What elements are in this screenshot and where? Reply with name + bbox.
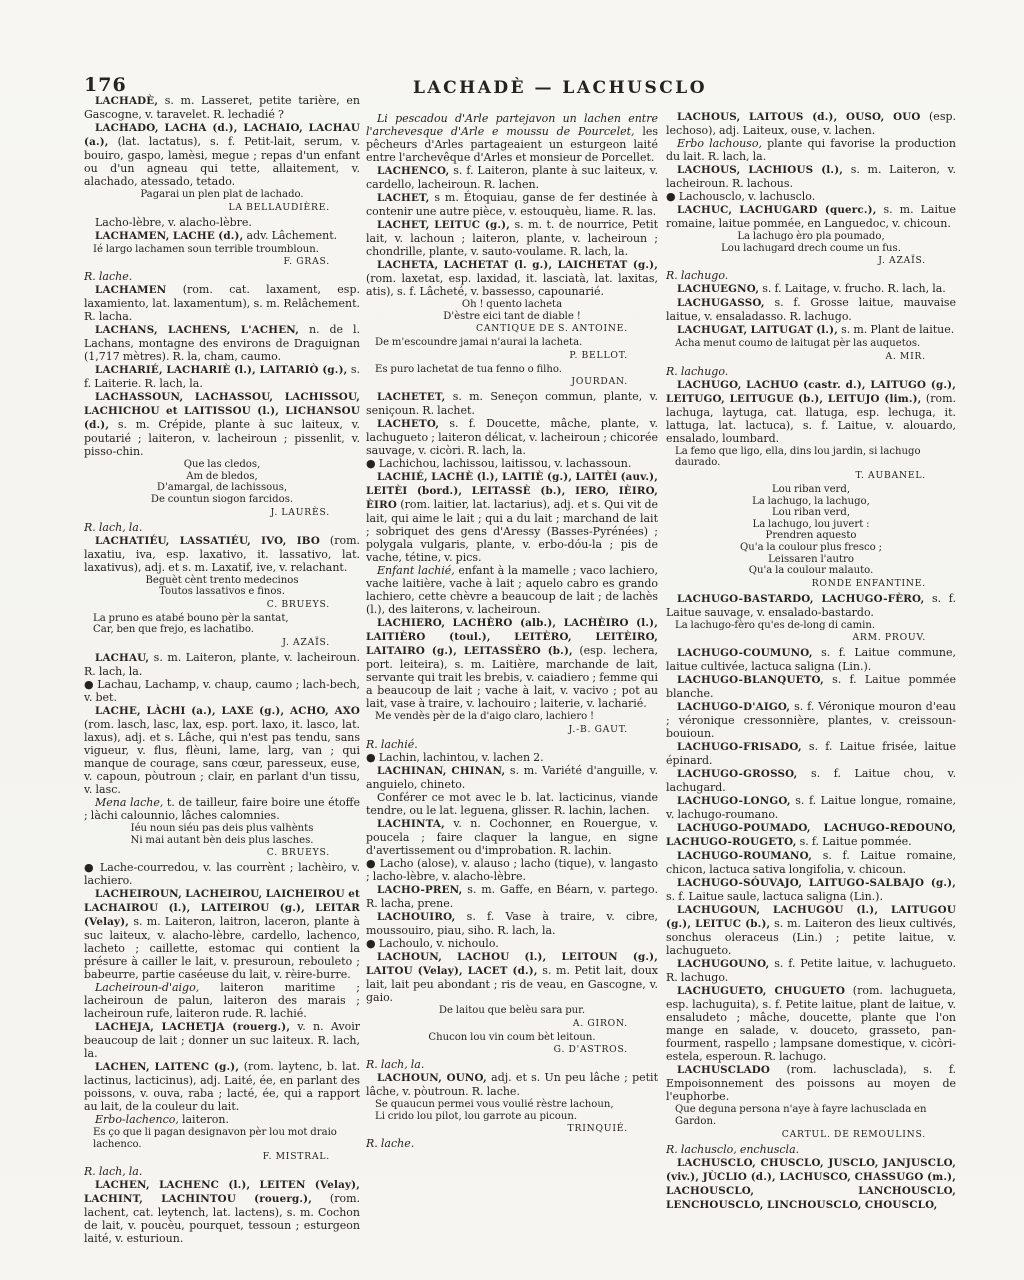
verse-line: Prendren aquesto — [666, 530, 956, 542]
column-3: LACHOUS, LAITOUS (d.), OUSO, OUO (esp. l… — [666, 110, 956, 1265]
entry-block: LACHO-PREN, s. m. Gaffe, en Béarn, v. pa… — [366, 883, 658, 910]
quote-line: Li crido lou pilot, lou garrote au picou… — [366, 1111, 658, 1123]
quote-block: La lachugo-fèro qu'es de-long di camin. — [666, 620, 956, 632]
ref-block: R. lache. — [84, 270, 360, 283]
headword: LACHUSCLO, CHUSCLO, JUSCLO, JANJUSCLO, (… — [666, 1157, 956, 1211]
entry-block: LACHEIROUN, LACHEIROU, LAICHEIROU et LAC… — [84, 887, 360, 981]
headword: LACHUGO, LACHUO (castr. d.), LAITUGO (g.… — [666, 379, 956, 405]
entry-block: LACHUSCLO, CHUSCLO, JUSCLO, JANJUSCLO, (… — [666, 1156, 956, 1212]
headword: LACHAU, — [95, 652, 149, 664]
entry-text: ● Lachichou, lachissou, laitissou, v. la… — [366, 457, 631, 470]
entry-block: LACHETET, s. m. Seneçon commun, plante, … — [366, 390, 658, 417]
attribution-text: T. AUBANEL. — [855, 470, 926, 481]
verse-line: Lou lachugard drech coume un fus. — [666, 243, 956, 255]
headword: LACHENCO, — [377, 165, 449, 177]
verse-line: Leissaren l'autro — [666, 554, 956, 566]
entry-block: LACHUGO-LONGO, s. f. Laitue longue, roma… — [666, 794, 956, 821]
attribution-text: A. MIR. — [885, 351, 926, 362]
entry-text: (rom. laitier, lat. lactarius), adj. et … — [366, 498, 658, 564]
bullet-block: ● Lachin, lachintou, v. lachen 2. — [366, 751, 658, 764]
entry-block: LACHOUS, LACHIOUS (l.), s. m. Laiteron, … — [666, 163, 956, 190]
verse-line: D'èstre eici tant de diable ! — [366, 311, 658, 323]
attribution: J. AZAÏS. — [666, 255, 956, 267]
verse-line: Qu'a la coulour plus fresco ; — [666, 542, 956, 554]
bullet-block: ● Lachichou, lachissou, laitissou, v. la… — [366, 457, 658, 470]
attribution-text: P. BELLOT. — [569, 350, 628, 361]
entry-block: LACHANS, LACHENS, L'ACHEN, n. de l. Lach… — [84, 323, 360, 363]
verse-block: De laitou que belèu sara pur. — [366, 1005, 658, 1017]
entry-block: LACHUGO-BLANQUETO, s. f. Laitue pommée b… — [666, 673, 956, 700]
entry-block: LACHOUN, LACHOU (l.), LEITOUN (g.), LAIT… — [366, 950, 658, 1004]
headword: LACHET, — [377, 192, 430, 204]
attribution-text: C. BRUEYS. — [267, 599, 330, 610]
entry-text: ● Lachoulo, v. nichoulo. — [366, 937, 499, 950]
attribution-text: TRINQUIÉ. — [568, 1123, 628, 1134]
entry-text: R. lache. — [366, 1137, 414, 1150]
entry-block: LACHUGASSO, s. f. Grosse laitue, mauvais… — [666, 296, 956, 323]
attribution: J.-B. GAUT. — [366, 724, 658, 736]
headword: LACHUGO-SÓUVAJO, LAITUGO-SALBAJO (g.), — [677, 877, 956, 889]
entry-block: LACHARIÉ, LACHARIÈ (l.), LAITARIÒ (g.), … — [84, 363, 360, 390]
entry-text: laiteron. — [179, 1113, 229, 1126]
attribution-text: JOURDAN. — [571, 376, 628, 387]
attribution-text: J.-B. GAUT. — [569, 724, 628, 735]
entry-text: s. f. Laitage, v. frucho. R. lach, la. — [759, 282, 946, 295]
quote-block: Se quaucun permei vous voulié rèstre lac… — [366, 1099, 658, 1122]
headword: LACHATIÉU, LASSATIÉU, IVO, IBO — [95, 535, 320, 547]
entry-block: LACHUSCLADO (rom. lachusclada), s. f. Em… — [666, 1063, 956, 1103]
entry-block: LACHATIÉU, LASSATIÉU, IVO, IBO (rom. lax… — [84, 534, 360, 574]
verse-line: Pagarai un plen plat de lachado. — [84, 189, 360, 201]
entry-block: LACHUGO-GROSSO, s. f. Laitue chou, v. la… — [666, 767, 956, 794]
headword: LACHUGO-FRISADO, — [677, 741, 802, 753]
attribution: F. MISTRAL. — [84, 1151, 360, 1163]
quote-block: Es puro lachetat de tua fenno o filho. — [366, 364, 658, 376]
verse-line: Chucon lou vin coum bèt leitoun. — [366, 1032, 658, 1044]
headword: LACHUGO-BASTARDO, LACHUGO-FÈRO, — [677, 593, 924, 605]
entry-block: Enfant lachié, enfant à la mamelle ; vac… — [366, 564, 658, 616]
attribution-text: LA BELLAUDIÈRE. — [228, 202, 330, 213]
quote-line: La femo que ligo, ella, dins lou jardin,… — [666, 446, 956, 458]
entry-block: LACHUGO, LACHUO (castr. d.), LAITUGO (g.… — [666, 378, 956, 445]
quote-block: Ié largo lachamen soun terrible troumblo… — [84, 244, 360, 256]
verse-block: La lachugo èro pla poumado,Lou lachugard… — [666, 231, 956, 254]
attribution: ARM. PROUV. — [666, 632, 956, 644]
ref-block: R. lach, la. — [366, 1058, 658, 1071]
attribution: J. LAURÈS. — [84, 507, 360, 519]
attribution-text: G. D'ASTROS. — [554, 1044, 628, 1055]
verse-block: Lou riban verd,La lachugo, la lachugo,Lo… — [666, 484, 956, 577]
entry-block: LACHUGO-BASTARDO, LACHUGO-FÈRO, s. f. La… — [666, 592, 956, 619]
verse-line: Ni mai autant bèn deis plus lasches. — [84, 835, 360, 847]
entry-text: R. lach, la. — [84, 1165, 142, 1178]
verse-line: Lou riban verd, — [666, 507, 956, 519]
quote-line: Gardon. — [666, 1116, 956, 1128]
verse-line: De laitou que belèu sara pur. — [366, 1005, 658, 1017]
quote-line: Se quaucun permei vous voulié rèstre lac… — [366, 1099, 658, 1111]
quote-block: Acha menut coumo de laitugat pèr las auq… — [666, 338, 956, 350]
entry-block: LACHETO, s. f. Doucette, mâche, plante, … — [366, 417, 658, 457]
entry-text: Lacho-lèbre, v. alacho-lèbre. — [95, 216, 252, 229]
entry-block: LACHUGO-ROUMANO, s. f. Laitue romaine, c… — [666, 849, 956, 876]
headword: LACHOUS, LACHIOUS (l.), — [677, 164, 843, 176]
verse-line: Toutos lassativos e finos. — [84, 586, 360, 598]
quote-line: Que deguna persona n'aye à fayre lachusc… — [666, 1104, 956, 1116]
quote-block: Que deguna persona n'aye à fayre lachusc… — [666, 1104, 956, 1127]
entry-block: Erbo-lachenco, laiteron. — [84, 1113, 360, 1126]
italic-lead: Erbo-lachenco, — [95, 1113, 179, 1126]
verse-line: La lachugo èro pla poumado, — [666, 231, 956, 243]
bullet-block: ● Lachousclo, v. lachusclo. — [666, 190, 956, 203]
attribution: C. BRUEYS. — [84, 847, 360, 859]
attribution: LA BELLAUDIÈRE. — [84, 202, 360, 214]
attribution-text: J. LAURÈS. — [271, 507, 330, 518]
entry-block: Lacheiroun-d'aigo, laiteron maritime ; l… — [84, 981, 360, 1020]
ref-block: R. lachugo. — [666, 365, 956, 378]
headword: LACHEN, LAITENC (g.), — [95, 1061, 239, 1073]
verse-line: Am de bledos, — [84, 471, 360, 483]
entry-block: LACHUGO-POUMADO, LACHUGO-REDOUNO, LACHUG… — [666, 821, 956, 849]
quote-line: daurado. — [666, 457, 956, 469]
column-2: Li pescadou d'Arle partejavon un lachen … — [366, 112, 658, 1267]
entry-block: LACHUGUETO, CHUGUETO (rom. lachugueta, e… — [666, 984, 956, 1063]
verse-line: De countun siogon farcidos. — [84, 494, 360, 506]
attribution: A. GIRON. — [366, 1018, 658, 1030]
entry-text: (rom. lasch, lasc, lax, esp. port. laxo,… — [84, 718, 360, 796]
entry-text: ● Lache-courredou, v. las courrènt ; lac… — [84, 861, 360, 887]
entry-block: LACHIERO, LACHÈRO (alb.), LACHÈIRO (l.),… — [366, 616, 658, 710]
verse-block: Pagarai un plen plat de lachado. — [84, 189, 360, 201]
entry-text: ● Lacho (alose), v. alauso ; lacho (tiqu… — [366, 857, 658, 883]
verse-block: Oh ! quento lachetaD'èstre eici tant de … — [366, 299, 658, 322]
entry-text: R. lache. — [84, 270, 132, 283]
entry-text: (lat. lactatus), s. f. Petit-lait, serum… — [84, 135, 360, 188]
headword: LACHETET, — [377, 391, 445, 403]
entry-block: LACHOUIRO, s. f. Vase à traire, v. cibre… — [366, 910, 658, 937]
headword: LACHADÈ, — [95, 95, 158, 107]
entry-block: LACHAU, s. m. Laiteron, plante, v. lache… — [84, 651, 360, 678]
quote-block: La pruno es atabé bouno pèr la santat,Ca… — [84, 613, 360, 636]
running-head: LACHADÈ — LACHUSCLO — [300, 78, 820, 98]
verse-block: Iéu noun siéu pas deis plus valhèntsNi m… — [84, 823, 360, 846]
headword: LACHEJA, LACHETJA (rouerg.), — [95, 1021, 290, 1033]
headword: LACHAMEN — [95, 284, 166, 296]
entry-block: LACHETA, LACHETAT (l. g.), LAICHETAT (g.… — [366, 258, 658, 298]
headword: LACHUSCLADO — [677, 1064, 770, 1076]
entry-block: LACHINTA, v. n. Cochonner, en Rouergue, … — [366, 817, 658, 857]
attribution: G. D'ASTROS. — [366, 1044, 658, 1056]
attribution: RONDE ENFANTINE. — [666, 578, 956, 590]
quote-line: Me vendès pèr de la d'aigo claro, lachie… — [366, 711, 658, 723]
entry-block: LACHEN, LACHENC (l.), LEITEN (Velay), LA… — [84, 1178, 360, 1245]
attribution: F. GRAS. — [84, 256, 360, 268]
entry-text: ● Lachousclo, v. lachusclo. — [666, 190, 815, 203]
entry-text: s. m. Plant de laitue. — [838, 323, 954, 336]
headword: LACHOUIRO, — [377, 911, 455, 923]
italic-lead: Li pescadou d'Arle partejavon un lachen … — [366, 112, 658, 138]
italic-lead: Lacheiroun-d'aigo, — [95, 981, 199, 994]
quote-block: Es ço que li pagan designavon pèr lou mo… — [84, 1127, 360, 1150]
entry-block: LACHUGAT, LAITUGAT (l.), s. m. Plant de … — [666, 323, 956, 337]
ref-block: R. lache. — [366, 1137, 658, 1150]
italic-lead: Enfant lachié, — [377, 564, 455, 577]
bullet-block: ● Lachau, Lachamp, v. chaup, caumo ; lac… — [84, 678, 360, 704]
entry-block: LACHEN, LAITENC (g.), (rom. laytenc, b. … — [84, 1060, 360, 1113]
verse-line: Iéu noun siéu pas deis plus valhènts — [84, 823, 360, 835]
verse-line: Qu'a la coulour malauto. — [666, 565, 956, 577]
entry-block: LACHOUS, LAITOUS (d.), OUSO, OUO (esp. l… — [666, 110, 956, 137]
attribution: A. MIR. — [666, 351, 956, 363]
entry-block: LACHUGO-COUMUNO, s. f. Laitue commune, l… — [666, 646, 956, 673]
attribution: TRINQUIÉ. — [366, 1123, 658, 1135]
attribution: C. BRUEYS. — [84, 599, 360, 611]
quote-line: De m'escoundre jamai n'aurai la lacheta. — [366, 337, 658, 349]
entry-block: Erbo lachouso, plante qui favorise la pr… — [666, 137, 956, 163]
entry-block: LACHINAN, CHINAN, s. m. Variété d'anguil… — [366, 764, 658, 791]
entry-text: R. lachié. — [366, 738, 418, 751]
quote-line: Ié largo lachamen soun terrible troumblo… — [84, 244, 360, 256]
entry-block: Conférer ce mot avec le b. lat. lacticin… — [366, 791, 658, 817]
headword: LACHUGO-D'AIGO, — [677, 701, 790, 713]
entry-text: R. lachugo. — [666, 269, 728, 282]
entry-block: LACHIÉ, LACHÈ (l.), LAITIÈ (g.), LAITÈI … — [366, 470, 658, 564]
attribution: P. BELLOT. — [366, 350, 658, 362]
headword: LACHUGO-GROSSO, — [677, 768, 797, 780]
entry-block: LACHET, LEITUC (g.), s. m. t. de nourric… — [366, 218, 658, 258]
verse-line: Oh ! quento lacheta — [366, 299, 658, 311]
verse-line: Lou riban verd, — [666, 484, 956, 496]
attribution: JOURDAN. — [366, 376, 658, 388]
bullet-block: ● Lacho (alose), v. alauso ; lacho (tiqu… — [366, 857, 658, 883]
verse-line: La lachugo, la lachugo, — [666, 496, 956, 508]
entry-text: R. lach, la. — [366, 1058, 424, 1071]
entry-block: LACHUGO-D'AIGO, s. f. Véronique mouron d… — [666, 700, 956, 740]
entry-text: adv. Lâchement. — [243, 229, 337, 242]
entry-text: s. f. Laitue pommée. — [797, 835, 912, 848]
entry-block: LACHUEGNO, s. f. Laitage, v. frucho. R. … — [666, 282, 956, 296]
verse-line: Que las cledos, — [84, 459, 360, 471]
headword: LACHE, LÀCHI (a.), LAXE (g.), ACHO, AXO — [95, 705, 360, 717]
headword: LACHINAN, CHINAN, — [377, 765, 505, 777]
headword: LACHUGO-LONGO, — [677, 795, 791, 807]
headword: LACHUGASSO, — [677, 297, 765, 309]
attribution-text: J. AZAÏS. — [282, 637, 330, 648]
entry-block: LACHOUN, OUNO, adj. et s. Un peu lâche ;… — [366, 1071, 658, 1098]
column-1: LACHADÈ, s. m. Lasseret, petite tarière,… — [84, 94, 360, 1249]
entry-block: LACHE, LÀCHI (a.), LAXE (g.), ACHO, AXO … — [84, 704, 360, 796]
headword: LACHO-PREN, — [377, 884, 462, 896]
attribution-text: CANTIQUE DE S. ANTOINE. — [476, 323, 628, 334]
entry-text: s. m. Crépide, plante à suc laiteux, v. … — [84, 418, 360, 458]
attribution-text: ARM. PROUV. — [852, 632, 926, 643]
headword: LACHUEGNO, — [677, 283, 759, 295]
attribution: T. AUBANEL. — [666, 470, 956, 482]
entry-text: s. f. Laitue saule, lactuca saligna (Lin… — [666, 890, 883, 903]
headword: LACHUGO-BLANQUETO, — [677, 674, 824, 686]
headword: LACHUGOUNO, — [677, 958, 769, 970]
headword: LACHAMEN, LACHE (d.), — [95, 230, 243, 242]
quote-line: Car, ben que frejo, es lachatibo. — [84, 624, 360, 636]
entry-block: LACHASSOUN, LACHASSOU, LACHISSOU, LACHIC… — [84, 390, 360, 458]
attribution-text: A. GIRON. — [573, 1018, 628, 1029]
attribution-text: F. GRAS. — [283, 256, 330, 267]
entry-block: LACHUGOUNO, s. f. Petite laitue, v. lach… — [666, 957, 956, 984]
quote-line: Acha menut coumo de laitugat pèr las auq… — [666, 338, 956, 350]
entry-block: Li pescadou d'Arle partejavon un lachen … — [366, 112, 658, 164]
verse-line: La lachugo, lou juvert : — [666, 519, 956, 531]
quote-line: Es puro lachetat de tua fenno o filho. — [366, 364, 658, 376]
entry-block: LACHUGO-SÓUVAJO, LAITUGO-SALBAJO (g.), s… — [666, 876, 956, 903]
entry-text: (rom. laxetat, esp. laxidad, it. lasciat… — [366, 272, 658, 298]
headword: LACHUGO-ROUMANO, — [677, 850, 812, 862]
headword: LACHETO, — [377, 418, 439, 430]
quote-line: La pruno es atabé bouno pèr la santat, — [84, 613, 360, 625]
verse-block: Chucon lou vin coum bèt leitoun. — [366, 1032, 658, 1044]
ref-block: R. lach, la. — [84, 521, 360, 534]
quote-block: La femo que ligo, ella, dins lou jardin,… — [666, 446, 956, 469]
attribution-text: CARTUL. DE REMOULINS. — [782, 1129, 926, 1140]
headword: LACHUGAT, LAITUGAT (l.), — [677, 324, 838, 336]
headword: LACHUGO-COUMUNO, — [677, 647, 813, 659]
headword: LACHANS, LACHENS, L'ACHEN, — [95, 324, 299, 336]
attribution: J. AZAÏS. — [84, 637, 360, 649]
entry-block: LACHAMEN (rom. cat. laxament, esp. laxam… — [84, 283, 360, 323]
verse-line: D'amargal, de lachissous, — [84, 482, 360, 494]
bullet-block: ● Lachoulo, v. nichoulo. — [366, 937, 658, 950]
headword: LACHETA, LACHETAT (l. g.), LAICHETAT (g.… — [377, 259, 658, 271]
verse-block: Beguèt cènt trento medecinosToutos lassa… — [84, 575, 360, 598]
ref-block: R. lachié. — [366, 738, 658, 751]
verse-line: Beguèt cènt trento medecinos — [84, 575, 360, 587]
quote-block: De m'escoundre jamai n'aurai la lacheta. — [366, 337, 658, 349]
entry-block: LACHENCO, s. f. Laiteron, plante à suc l… — [366, 164, 658, 191]
entry-block: Mena lache, t. de tailleur, faire boire … — [84, 796, 360, 822]
headword: LACHARIÉ, LACHARIÈ (l.), LAITARIÒ (g.), — [95, 364, 347, 376]
entry-text: R. lachusclo, enchuscla. — [666, 1143, 799, 1156]
entry-text: Conférer ce mot avec le b. lat. lacticin… — [366, 791, 658, 817]
quote-line: Es ço que li pagan designavon pèr lou mo… — [84, 1127, 360, 1139]
italic-lead: Mena lache, — [95, 796, 163, 809]
scanned-page: 176 LACHADÈ — LACHUSCLO LACHADÈ, s. m. L… — [0, 0, 1024, 1280]
entry-block: LACHAMEN, LACHE (d.), adv. Lâchement. — [84, 229, 360, 243]
entry-block: LACHUGO-FRISADO, s. f. Laitue frisée, la… — [666, 740, 956, 767]
entry-block: LACHADO, LACHA (d.), LACHAIO, LACHAU (a.… — [84, 121, 360, 188]
entry-text: ● Lachau, Lachamp, v. chaup, caumo ; lac… — [84, 678, 360, 704]
headword: LACHINTA, — [377, 818, 445, 830]
entry-text: ● Lachin, lachintou, v. lachen 2. — [366, 751, 544, 764]
quote-line: lachenco. — [84, 1139, 360, 1151]
entry-block: LACHET, s m. Étoquiau, ganse de fer dest… — [366, 191, 658, 218]
entry-block: LACHEJA, LACHETJA (rouerg.), v. n. Avoir… — [84, 1020, 360, 1060]
entry-block: LACHUC, LACHUGARD (querc.), s. m. Laitue… — [666, 203, 956, 230]
ref-block: R. lachusclo, enchuscla. — [666, 1143, 956, 1156]
headword: LACHOUN, OUNO, — [377, 1072, 487, 1084]
attribution: CARTUL. DE REMOULINS. — [666, 1129, 956, 1141]
ref-block: R. lach, la. — [84, 1165, 360, 1178]
quote-block: Me vendès pèr de la d'aigo claro, lachie… — [366, 711, 658, 723]
entry-block: Lacho-lèbre, v. alacho-lèbre. — [84, 216, 360, 229]
headword: LACHOUS, LAITOUS (d.), OUSO, OUO — [677, 111, 921, 123]
italic-lead: Erbo lachouso, — [677, 137, 762, 150]
quote-line: La lachugo-fèro qu'es de-long di camin. — [666, 620, 956, 632]
attribution-text: J. AZAÏS. — [878, 255, 926, 266]
attribution-text: C. BRUEYS. — [267, 847, 330, 858]
page-number: 176 — [84, 74, 127, 96]
entry-block: LACHUGOUN, LACHUGOU (l.), LAITUGOU (g.),… — [666, 903, 956, 957]
verse-block: Que las cledos,Am de bledos,D'amargal, d… — [84, 459, 360, 505]
attribution-text: RONDE ENFANTINE. — [812, 578, 926, 589]
entry-block: LACHADÈ, s. m. Lasseret, petite tarière,… — [84, 94, 360, 121]
headword: LACHUGUETO, CHUGUETO — [677, 985, 845, 997]
headword: LACHET, LEITUC (g.), — [377, 219, 510, 231]
entry-text: R. lach, la. — [84, 521, 142, 534]
bullet-block: ● Lache-courredou, v. las courrènt ; lac… — [84, 861, 360, 887]
headword: LACHUC, LACHUGARD (querc.), — [677, 204, 877, 216]
entry-text: R. lachugo. — [666, 365, 728, 378]
attribution-text: F. MISTRAL. — [263, 1151, 330, 1162]
attribution: CANTIQUE DE S. ANTOINE. — [366, 323, 658, 335]
ref-block: R. lachugo. — [666, 269, 956, 282]
